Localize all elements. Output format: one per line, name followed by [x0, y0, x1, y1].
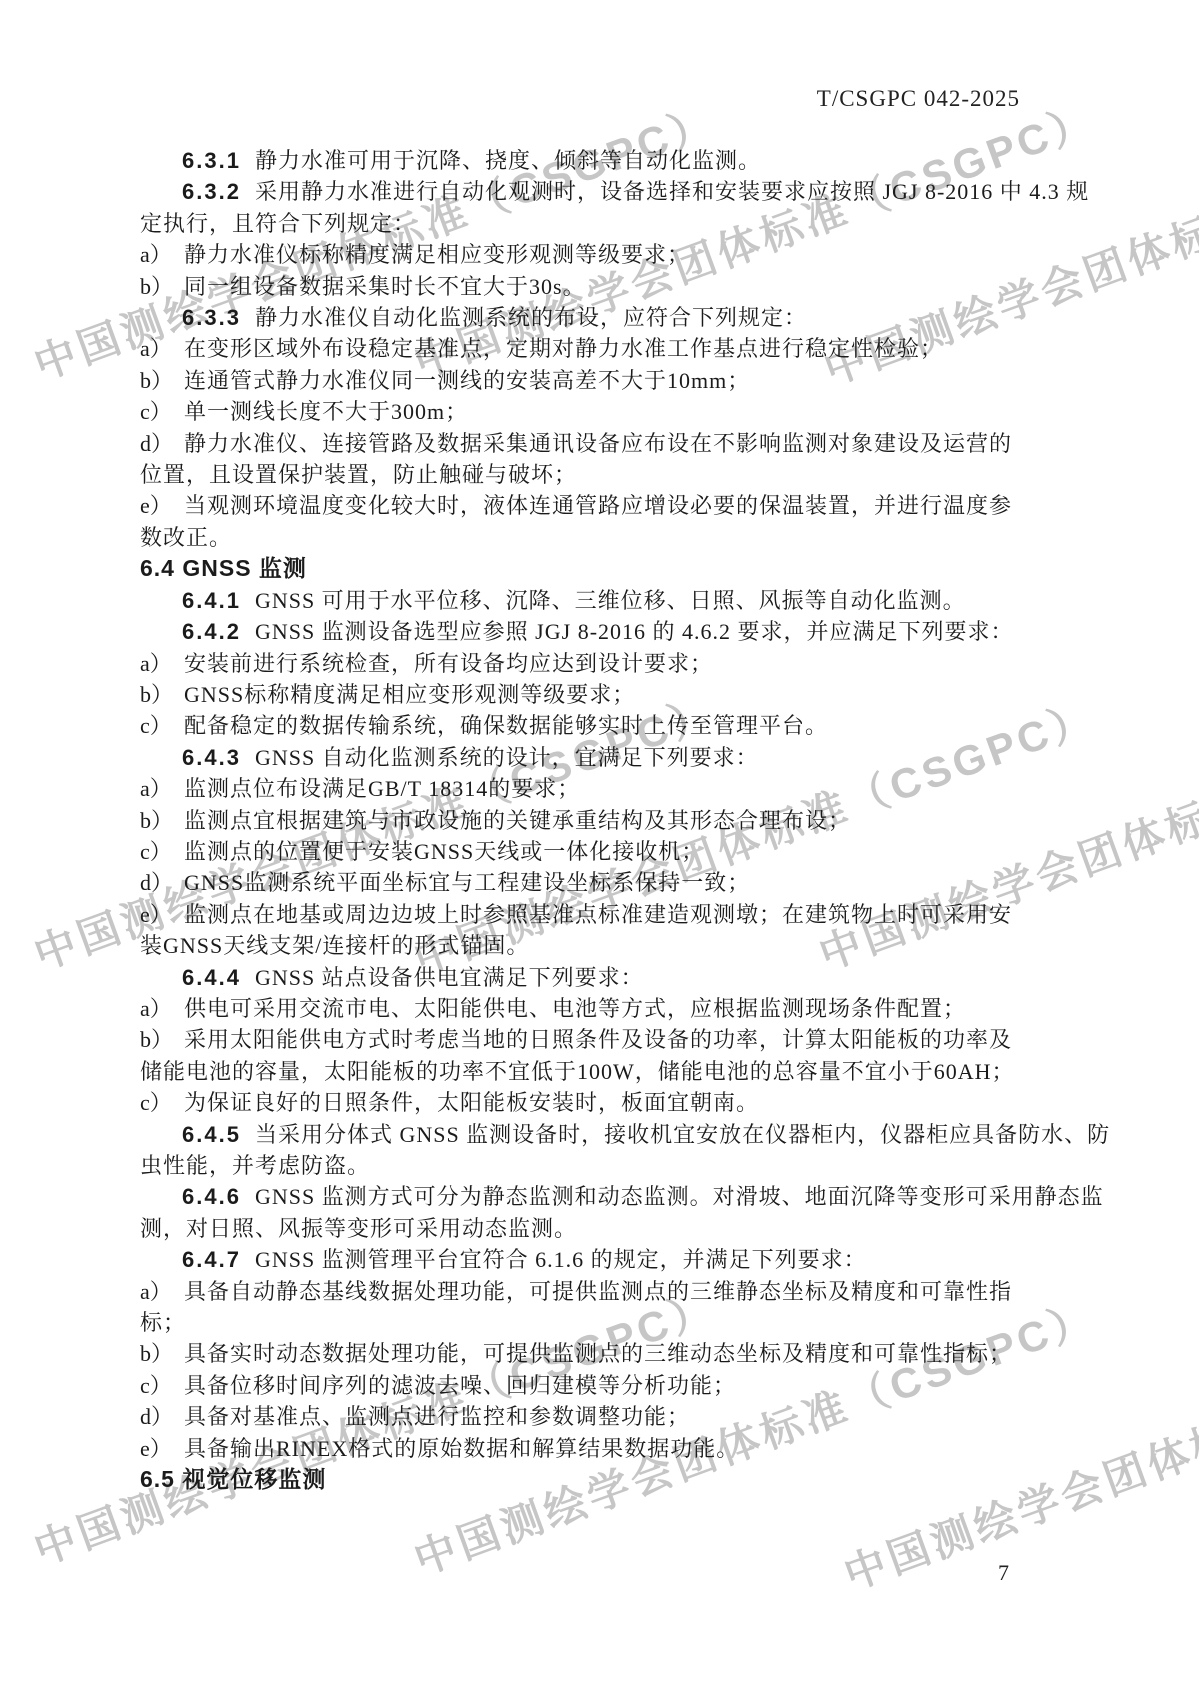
text-line: 定执行，且符合下列规定：	[140, 211, 416, 236]
document-body: 6.3.1静力水准可用于沉降、挠度、倾斜等自动化监测。6.3.2采用静力水准进行…	[140, 145, 1110, 1495]
item-letter: d）	[140, 1401, 184, 1432]
text-line: GNSS标称精度满足相应变形观测等级要求；	[184, 682, 635, 707]
list-item: e）当观测环境温度变化较大时，液体连通管路应增设必要的保温装置，并进行温度参数改…	[140, 490, 1110, 553]
list-item: b）采用太阳能供电方式时考虑当地的日照条件及设备的功率，计算太阳能板的功率及储能…	[140, 1024, 1110, 1087]
clause-paragraph: 6.3.1静力水准可用于沉降、挠度、倾斜等自动化监测。	[140, 145, 1110, 176]
item-letter: c）	[140, 710, 184, 741]
clause-number: 6.3.1	[182, 148, 241, 173]
clause-paragraph: 6.3.2采用静力水准进行自动化观测时，设备选择和安装要求应按照 JGJ 8-2…	[140, 176, 1110, 239]
clause-number: 6.4.6	[182, 1184, 241, 1209]
text-line: 在变形区域外布设稳定基准点，定期对静力水准工作基点进行稳定性检验；	[184, 336, 943, 361]
section-heading: 6.4 GNSS 监测	[140, 553, 1110, 584]
text-line: 监测点宜根据建筑与市政设施的关键承重结构及其形态合理布设；	[184, 808, 851, 833]
page-number: 7	[998, 1560, 1009, 1586]
item-letter: b）	[140, 1024, 184, 1055]
list-item: c）为保证良好的日照条件，太阳能板安装时，板面宜朝南。	[140, 1087, 1110, 1118]
text-line: 安装前进行系统检查，所有设备均应达到设计要求；	[184, 651, 713, 676]
section-heading: 6.5 视觉位移监测	[140, 1464, 1110, 1495]
item-letter: a）	[140, 993, 184, 1024]
item-letter: b）	[140, 679, 184, 710]
text-line: 为保证良好的日照条件，太阳能板安装时，板面宜朝南。	[184, 1090, 759, 1115]
item-letter: d）	[140, 428, 184, 459]
clause-paragraph: 6.4.3GNSS 自动化监测系统的设计，宜满足下列要求：	[140, 742, 1110, 773]
text-line: 静力水准可用于沉降、挠度、倾斜等自动化监测。	[255, 148, 761, 173]
list-item: c）配备稳定的数据传输系统，确保数据能够实时上传至管理平台。	[140, 710, 1110, 741]
item-letter: a）	[140, 1276, 184, 1307]
text-line: 数改正。	[140, 525, 232, 550]
text-line: GNSS 监测方式可分为静态监测和动态监测。对滑坡、地面沉降等变形可采用静态监	[255, 1184, 1104, 1209]
text-line: 当采用分体式 GNSS 监测设备时，接收机宜安放在仪器柜内，仪器柜应具备防水、防	[255, 1122, 1110, 1147]
clause-number: 6.4.5	[182, 1122, 241, 1147]
clause-number: 6.4.3	[182, 745, 241, 770]
clause-paragraph: 6.4.1GNSS 可用于水平位移、沉降、三维位移、日照、风振等自动化监测。	[140, 585, 1110, 616]
list-item: d）具备对基准点、监测点进行监控和参数调整功能；	[140, 1401, 1110, 1432]
text-line: 位置，且设置保护装置，防止触碰与破坏；	[140, 462, 577, 487]
text-line: 测，对日照、风振等变形可采用动态监测。	[140, 1216, 577, 1241]
text-line: 采用太阳能供电方式时考虑当地的日照条件及设备的功率，计算太阳能板的功率及	[184, 1027, 1012, 1052]
text-line: 具备对基准点、监测点进行监控和参数调整功能；	[184, 1404, 690, 1429]
item-letter: b）	[140, 805, 184, 836]
item-letter: d）	[140, 867, 184, 898]
text-line: GNSS监测系统平面坐标宜与工程建设坐标系保持一致；	[184, 870, 750, 895]
text-line: 供电可采用交流市电、太阳能供电、电池等方式，应根据监测现场条件配置；	[184, 996, 966, 1021]
list-item: a）静力水准仪标称精度满足相应变形观测等级要求；	[140, 239, 1110, 270]
list-item: b）GNSS标称精度满足相应变形观测等级要求；	[140, 679, 1110, 710]
text-line: 标；	[140, 1310, 186, 1335]
clause-number: 6.3.2	[182, 179, 241, 204]
list-item: d）GNSS监测系统平面坐标宜与工程建设坐标系保持一致；	[140, 867, 1110, 898]
item-letter: b）	[140, 1338, 184, 1369]
text-line: 连通管式静力水准仪同一测线的安装高差不大于10mm；	[184, 368, 750, 393]
text-line: 静力水准仪标称精度满足相应变形观测等级要求；	[184, 242, 690, 267]
text-line: GNSS 可用于水平位移、沉降、三维位移、日照、风振等自动化监测。	[255, 588, 966, 613]
item-letter: c）	[140, 1087, 184, 1118]
item-letter: e）	[140, 899, 184, 930]
item-letter: c）	[140, 396, 184, 427]
item-letter: e）	[140, 1433, 184, 1464]
section-heading-text: 6.5 视觉位移监测	[140, 1466, 326, 1492]
text-line: 静力水准仪、连接管路及数据采集通讯设备应布设在不影响监测对象建设及运营的	[184, 431, 1012, 456]
clause-number: 6.3.3	[182, 305, 241, 330]
list-item: d）静力水准仪、连接管路及数据采集通讯设备应布设在不影响监测对象建设及运营的位置…	[140, 428, 1110, 491]
clause-paragraph: 6.4.5当采用分体式 GNSS 监测设备时，接收机宜安放在仪器柜内，仪器柜应具…	[140, 1119, 1110, 1182]
text-line: 静力水准仪自动化监测系统的布设，应符合下列规定：	[255, 305, 807, 330]
document-code-header: T/CSGPC 042-2025	[0, 86, 1020, 112]
list-item: e）具备输出RINEX格式的原始数据和解算结果数据功能。	[140, 1433, 1110, 1464]
text-line: GNSS 监测设备选型应参照 JGJ 8-2016 的 4.6.2 要求，并应满…	[255, 619, 1014, 644]
item-letter: a）	[140, 333, 184, 364]
text-line: 当观测环境温度变化较大时，液体连通管路应增设必要的保温装置，并进行温度参	[184, 493, 1012, 518]
text-line: 装GNSS天线支架/连接杆的形式锚固。	[140, 933, 529, 958]
clause-paragraph: 6.4.7GNSS 监测管理平台宜符合 6.1.6 的规定，并满足下列要求：	[140, 1244, 1110, 1275]
section-heading-text: 6.4 GNSS 监测	[140, 555, 307, 581]
text-line: 具备输出RINEX格式的原始数据和解算结果数据功能。	[184, 1436, 739, 1461]
list-item: a）具备自动静态基线数据处理功能，可提供监测点的三维静态坐标及精度和可靠性指标；	[140, 1276, 1110, 1339]
item-letter: e）	[140, 490, 184, 521]
text-line: 采用静力水准进行自动化观测时，设备选择和安装要求应按照 JGJ 8-2016 中…	[255, 179, 1089, 204]
document-page: 中国测绘学会团体标准（CSGPC） 中国测绘学会团体标准（CSGPC） 中国测绘…	[0, 0, 1199, 1696]
clause-number: 6.4.4	[182, 965, 241, 990]
text-line: GNSS 站点设备供电宜满足下列要求：	[255, 965, 644, 990]
text-line: 具备自动静态基线数据处理功能，可提供监测点的三维静态坐标及精度和可靠性指	[184, 1279, 1012, 1304]
list-item: b）连通管式静力水准仪同一测线的安装高差不大于10mm；	[140, 365, 1110, 396]
clause-paragraph: 6.4.2GNSS 监测设备选型应参照 JGJ 8-2016 的 4.6.2 要…	[140, 616, 1110, 647]
list-item: c）单一测线长度不大于300m；	[140, 396, 1110, 427]
clause-paragraph: 6.3.3静力水准仪自动化监测系统的布设，应符合下列规定：	[140, 302, 1110, 333]
list-item: e）监测点在地基或周边边坡上时参照基准点标准建造观测墩；在建筑物上时可采用安装G…	[140, 899, 1110, 962]
clause-number: 6.4.1	[182, 588, 241, 613]
text-line: GNSS 自动化监测系统的设计，宜满足下列要求：	[255, 745, 759, 770]
item-letter: c）	[140, 836, 184, 867]
text-line: 同一组设备数据采集时长不宜大于30s。	[184, 274, 586, 299]
item-letter: a）	[140, 773, 184, 804]
text-line: 监测点位布设满足GB/T 18314的要求；	[184, 776, 580, 801]
text-line: 监测点在地基或周边边坡上时参照基准点标准建造观测墩；在建筑物上时可采用安	[184, 902, 1012, 927]
text-line: GNSS 监测管理平台宜符合 6.1.6 的规定，并满足下列要求：	[255, 1247, 867, 1272]
clause-paragraph: 6.4.4GNSS 站点设备供电宜满足下列要求：	[140, 962, 1110, 993]
item-letter: b）	[140, 271, 184, 302]
clause-number: 6.4.7	[182, 1247, 241, 1272]
text-line: 储能电池的容量，太阳能板的功率不宜低于100W，储能电池的总容量不宜小于60AH…	[140, 1059, 1015, 1084]
list-item: a）监测点位布设满足GB/T 18314的要求；	[140, 773, 1110, 804]
clause-number: 6.4.2	[182, 619, 241, 644]
text-line: 单一测线长度不大于300m；	[184, 399, 468, 424]
list-item: b）同一组设备数据采集时长不宜大于30s。	[140, 271, 1110, 302]
text-line: 监测点的位置便于安装GNSS天线或一体化接收机；	[184, 839, 704, 864]
item-letter: a）	[140, 239, 184, 270]
list-item: c）监测点的位置便于安装GNSS天线或一体化接收机；	[140, 836, 1110, 867]
item-letter: c）	[140, 1370, 184, 1401]
list-item: a）在变形区域外布设稳定基准点，定期对静力水准工作基点进行稳定性检验；	[140, 333, 1110, 364]
item-letter: b）	[140, 365, 184, 396]
text-line: 虫性能，并考虑防盗。	[140, 1153, 370, 1178]
list-item: a）供电可采用交流市电、太阳能供电、电池等方式，应根据监测现场条件配置；	[140, 993, 1110, 1024]
text-line: 配备稳定的数据传输系统，确保数据能够实时上传至管理平台。	[184, 713, 828, 738]
item-letter: a）	[140, 648, 184, 679]
list-item: c）具备位移时间序列的滤波去噪、回归建模等分析功能；	[140, 1370, 1110, 1401]
text-line: 具备位移时间序列的滤波去噪、回归建模等分析功能；	[184, 1373, 736, 1398]
clause-paragraph: 6.4.6GNSS 监测方式可分为静态监测和动态监测。对滑坡、地面沉降等变形可采…	[140, 1181, 1110, 1244]
text-line: 具备实时动态数据处理功能，可提供监测点的三维动态坐标及精度和可靠性指标；	[184, 1341, 1012, 1366]
list-item: b）监测点宜根据建筑与市政设施的关键承重结构及其形态合理布设；	[140, 805, 1110, 836]
list-item: a）安装前进行系统检查，所有设备均应达到设计要求；	[140, 648, 1110, 679]
list-item: b）具备实时动态数据处理功能，可提供监测点的三维动态坐标及精度和可靠性指标；	[140, 1338, 1110, 1369]
